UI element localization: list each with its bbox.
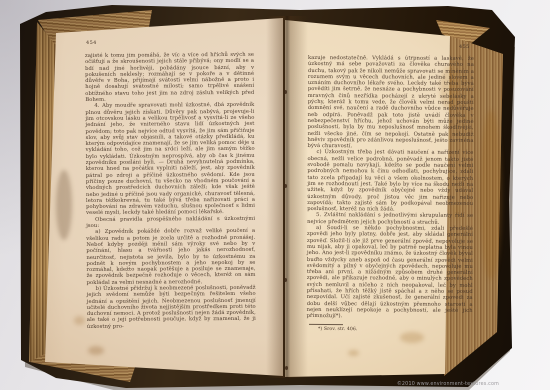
paper-stain	[400, 332, 424, 343]
binding-stitch	[284, 90, 287, 94]
binding-stitch	[285, 366, 288, 370]
paper-stain	[348, 350, 359, 356]
paragraph: kazuje nedostatečně. Vykládá s útrpností…	[308, 55, 474, 150]
watermark-text: ©2010 www.environment-textures.com	[397, 382, 499, 387]
footnote-text: *) Srov. str. 406.	[318, 327, 358, 332]
paper-stain	[88, 346, 104, 355]
paragraph: b) Úzkostné přidržuj k neobmezené posluš…	[87, 285, 256, 330]
paragraph: 4. Aby moudře spravovati mohl úzkostné, …	[85, 102, 255, 217]
paragraph: 5. Zvláštní nakládání s jednotlivými skr…	[307, 212, 473, 225]
binding-stitch	[284, 184, 287, 188]
paper-stain	[56, 170, 72, 240]
paragraph: a) Soudí-li se někdo pochybnostmi, zdali…	[307, 225, 473, 320]
photo-background: 454 455 zajisté k tomu jim pomáhá, že ví…	[0, 0, 550, 390]
left-page-text: zajisté k tomu jim pomáhá, že víc a více…	[85, 52, 256, 330]
paragraph: zajisté k tomu jim pomáhá, že víc a více…	[85, 52, 254, 104]
right-page-text: kazuje nedostatečně. Vykládá s útrpností…	[307, 55, 474, 320]
book-gutter-shadow	[266, 16, 308, 378]
paper-stain	[480, 110, 502, 280]
paper-stain	[74, 316, 85, 325]
left-page-number: 454	[86, 40, 97, 46]
right-page-number: 455	[459, 44, 470, 50]
paragraph: c) Úzkostným třeba jest dávati naučení a…	[307, 149, 473, 213]
binding-stitch	[284, 278, 287, 282]
paragraph: a) Zpovědník pokáždé dobře rozvaž veliké…	[86, 228, 255, 286]
footnote-divider	[309, 324, 343, 325]
